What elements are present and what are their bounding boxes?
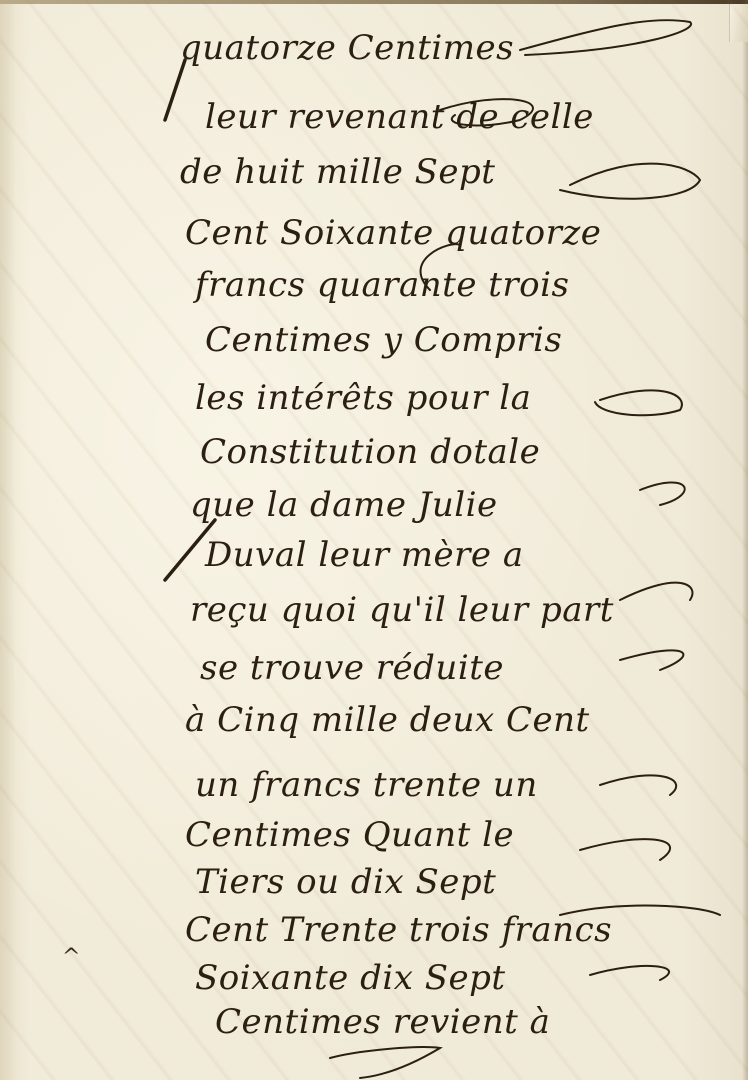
manuscript-line: à Cinq mille deux Cent (185, 700, 590, 740)
manuscript-lines: quatorze Centimes leur revenant de celle… (0, 0, 748, 1080)
manuscript-line: Tiers ou dix Sept (195, 862, 496, 902)
manuscript-line: les intérêts pour la (195, 378, 531, 418)
manuscript-line: que la dame Julie (190, 485, 498, 525)
manuscript-line: se trouve réduite (200, 648, 504, 688)
margin-mark: ^ (62, 945, 80, 970)
manuscript-line: Centimes y Compris (205, 320, 562, 360)
manuscript-line: Centimes revient à (215, 1002, 550, 1042)
manuscript-line: Duval leur mère a (205, 535, 524, 575)
manuscript-line: reçu quoi qu'il leur part (190, 590, 614, 630)
manuscript-line: leur revenant de celle (205, 97, 594, 137)
manuscript-line: Cent Trente trois francs (185, 910, 612, 950)
manuscript-page: quatorze Centimes leur revenant de celle… (0, 0, 748, 1080)
manuscript-line: Soixante dix Sept (195, 958, 506, 998)
manuscript-line: quatorze Centimes (180, 28, 514, 68)
manuscript-line: de huit mille Sept (180, 152, 495, 192)
manuscript-line: un francs trente un (195, 765, 538, 805)
manuscript-line: francs quarante trois (195, 265, 569, 305)
manuscript-line: Centimes Quant le (185, 815, 514, 855)
manuscript-line: Constitution dotale (200, 432, 540, 472)
manuscript-line: Cent Soixante quatorze (185, 213, 601, 253)
